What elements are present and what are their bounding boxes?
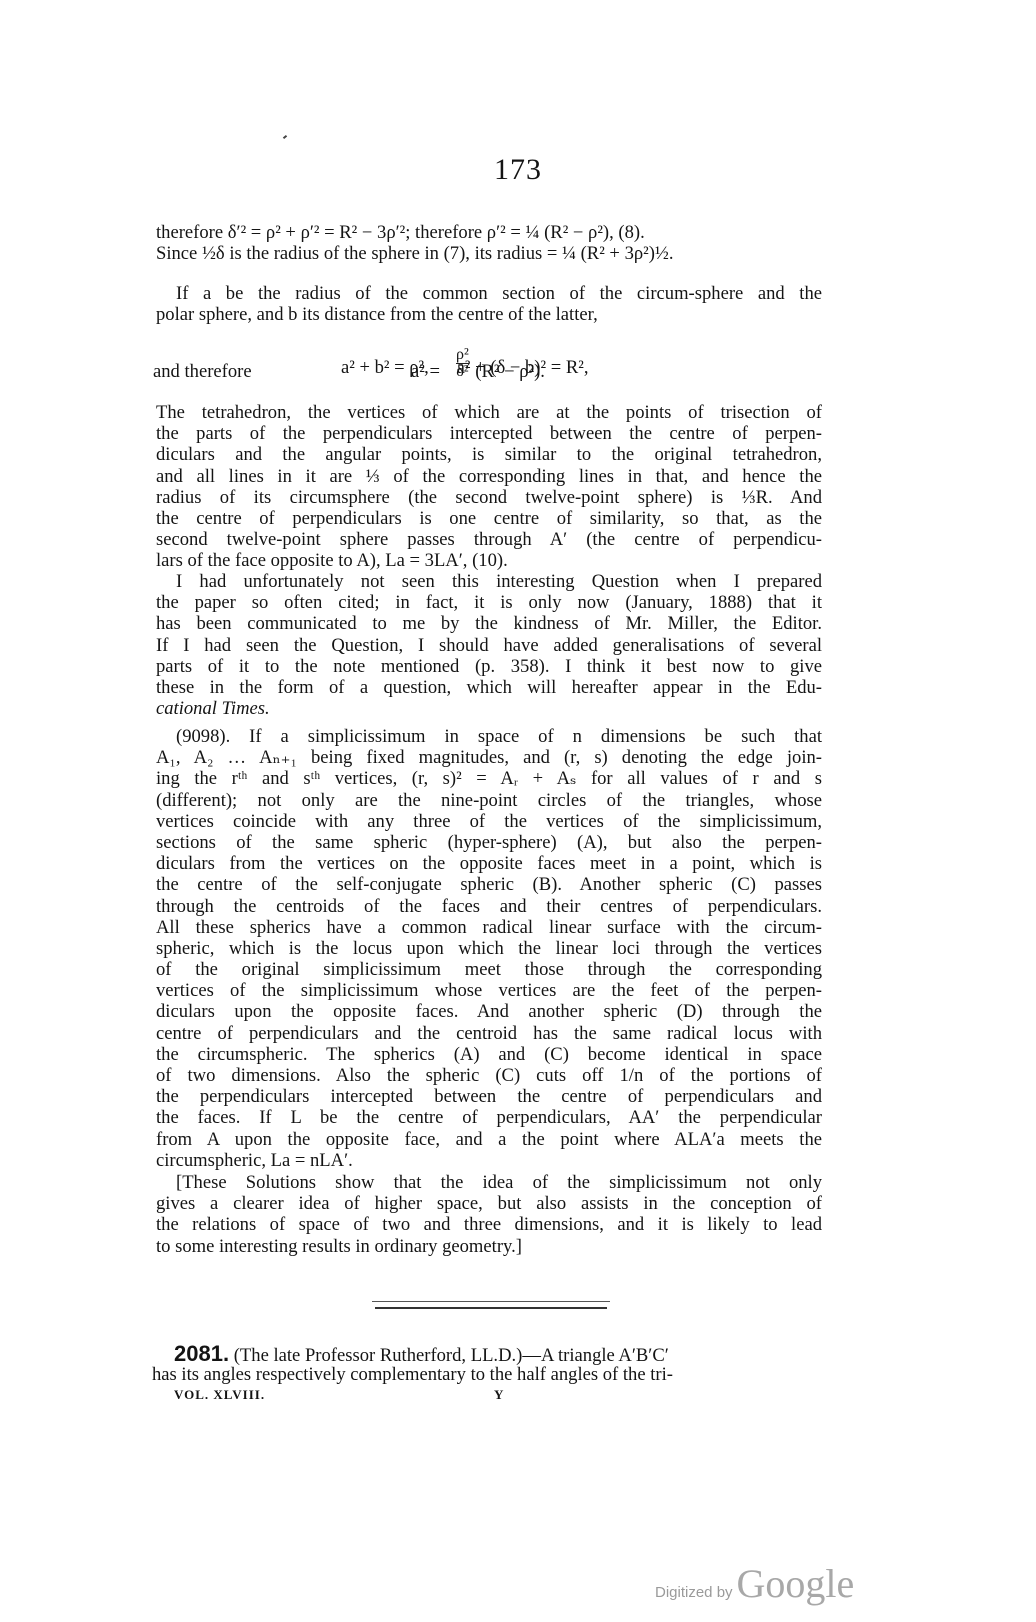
text-line: vertices of the simplicissimum whose ver… xyxy=(156,980,822,1001)
equation-lhs: a² = xyxy=(411,361,440,382)
text-line: parts of it to the note mentioned (p. 35… xyxy=(156,656,822,677)
text-line: the faces. If L be the centre of perpend… xyxy=(156,1107,822,1128)
text-line: the centre of perpendiculars is one cent… xyxy=(156,508,822,529)
text-line: vertices coincide with any three of the … xyxy=(156,811,822,832)
text-line: to some interesting results in ordinary … xyxy=(156,1236,822,1257)
volume-signature: VOL. XLVIII. xyxy=(174,1387,265,1403)
text-line: of the original simplicissimum meet thos… xyxy=(156,959,822,980)
text-line: If I had seen the Question, I should hav… xyxy=(156,635,822,656)
fraction-numerator: ρ² xyxy=(456,347,469,363)
question-header: 2081. (The late Professor Rutherford, LL… xyxy=(152,1343,830,1364)
text-line: has its angles respectively complementar… xyxy=(152,1364,830,1385)
equation-rhs: (R² − ρ²). xyxy=(475,361,545,382)
page-number: 173 xyxy=(0,153,1036,187)
paragraph-tetrahedron: The tetrahedron, the vertices of which a… xyxy=(156,402,822,572)
paragraph-common-section: If a be the radius of the common section… xyxy=(156,283,822,325)
printer-signature: Y xyxy=(494,1387,503,1403)
text-line: the centre of the self-conjugate spheric… xyxy=(156,874,822,895)
paragraph-editor-note: [These Solutions show that the idea of t… xyxy=(156,1172,822,1257)
text-line: radius of its circumsphere (the second t… xyxy=(156,487,822,508)
google-logo: Google xyxy=(737,1561,855,1606)
text-line: the circumspheric. The spherics (A) and … xyxy=(156,1044,822,1065)
text-line: and all lines in it are ⅓ of the corresp… xyxy=(156,466,822,487)
text-line: diculars upon the opposite faces. And an… xyxy=(156,1001,822,1022)
text-line: (9098). If a simplicissimum in space of … xyxy=(156,726,822,747)
text-line: If a be the radius of the common section… xyxy=(156,283,822,304)
text-line: ing the rᵗʰ and sᵗʰ vertices, (r, s)² = … xyxy=(156,768,822,789)
stray-mark xyxy=(283,135,287,139)
section-divider-bottom xyxy=(375,1307,607,1309)
text-line: gives a clearer idea of higher space, bu… xyxy=(156,1193,822,1214)
equation-a-squared: a² = (R² − ρ²). xyxy=(411,361,545,383)
text-line: cational Times. xyxy=(156,698,822,719)
question-2081: 2081. (The late Professor Rutherford, LL… xyxy=(152,1343,830,1385)
text-line: second twelve-point sphere passes throug… xyxy=(156,529,822,550)
equation-line-radius: Since ½δ is the radius of the sphere in … xyxy=(156,243,822,264)
text-line: diculars from the vertices on the opposi… xyxy=(156,853,822,874)
paragraph-question-9098: (9098). If a simplicissimum in space of … xyxy=(156,726,822,1171)
text-line: polar sphere, and b its distance from th… xyxy=(156,304,822,325)
equation-line-8: therefore δ′² = ρ² + ρ′² = R² − 3ρ′²; th… xyxy=(156,222,822,243)
text-line: from A upon the opposite face, and a the… xyxy=(156,1129,822,1150)
text-line: spheric, which is the locus upon which t… xyxy=(156,938,822,959)
text-line: circumspheric, La = nLA′. xyxy=(156,1150,822,1171)
text-line: A₁, A₂ … Aₙ₊₁ being fixed magnitudes, an… xyxy=(156,747,822,768)
equation-label: and therefore xyxy=(153,361,252,383)
watermark-prefix: Digitized by xyxy=(655,1584,733,1601)
equation-fraction: ρ² δ² xyxy=(456,347,469,380)
text-line: diculars and the angular points, is simi… xyxy=(156,444,822,465)
text-line: sections of the same spheric (hyper-sphe… xyxy=(156,832,822,853)
text-line: of two dimensions. Also the spheric (C) … xyxy=(156,1065,822,1086)
section-divider-top xyxy=(372,1301,610,1302)
opening-equations: therefore δ′² = ρ² + ρ′² = R² − 3ρ′²; th… xyxy=(156,222,822,264)
fraction-denominator: δ² xyxy=(456,363,469,380)
text-line: lars of the face opposite to A), La = 3L… xyxy=(156,550,822,571)
text-line: the relations of space of two and three … xyxy=(156,1214,822,1235)
text-line: centre of perpendiculars and the centroi… xyxy=(156,1023,822,1044)
text-line: (different); not only are the nine-point… xyxy=(156,790,822,811)
text-line: the parts of the perpendiculars intercep… xyxy=(156,423,822,444)
text-line: the perpendiculars intercepted between t… xyxy=(156,1086,822,1107)
text-line: [These Solutions show that the idea of t… xyxy=(156,1172,822,1193)
question-number: 2081. xyxy=(174,1341,229,1366)
text-line: the paper so often cited; in fact, it is… xyxy=(156,592,822,613)
text-line: these in the form of a question, which w… xyxy=(156,677,822,698)
digitized-by-google-watermark: Digitized by Google xyxy=(655,1560,854,1607)
text-line: The tetrahedron, the vertices of which a… xyxy=(156,402,822,423)
paragraph-unfortunately: I had unfortunately not seen this intere… xyxy=(156,571,822,719)
text-line: I had unfortunately not seen this intere… xyxy=(156,571,822,592)
text-line: has been communicated to me by the kindn… xyxy=(156,613,822,634)
text-line: All these spherics have a common radical… xyxy=(156,917,822,938)
text-line: through the centroids of the faces and t… xyxy=(156,896,822,917)
question-attribution: (The late Professor Rutherford, LL.D.)—A… xyxy=(234,1345,669,1366)
